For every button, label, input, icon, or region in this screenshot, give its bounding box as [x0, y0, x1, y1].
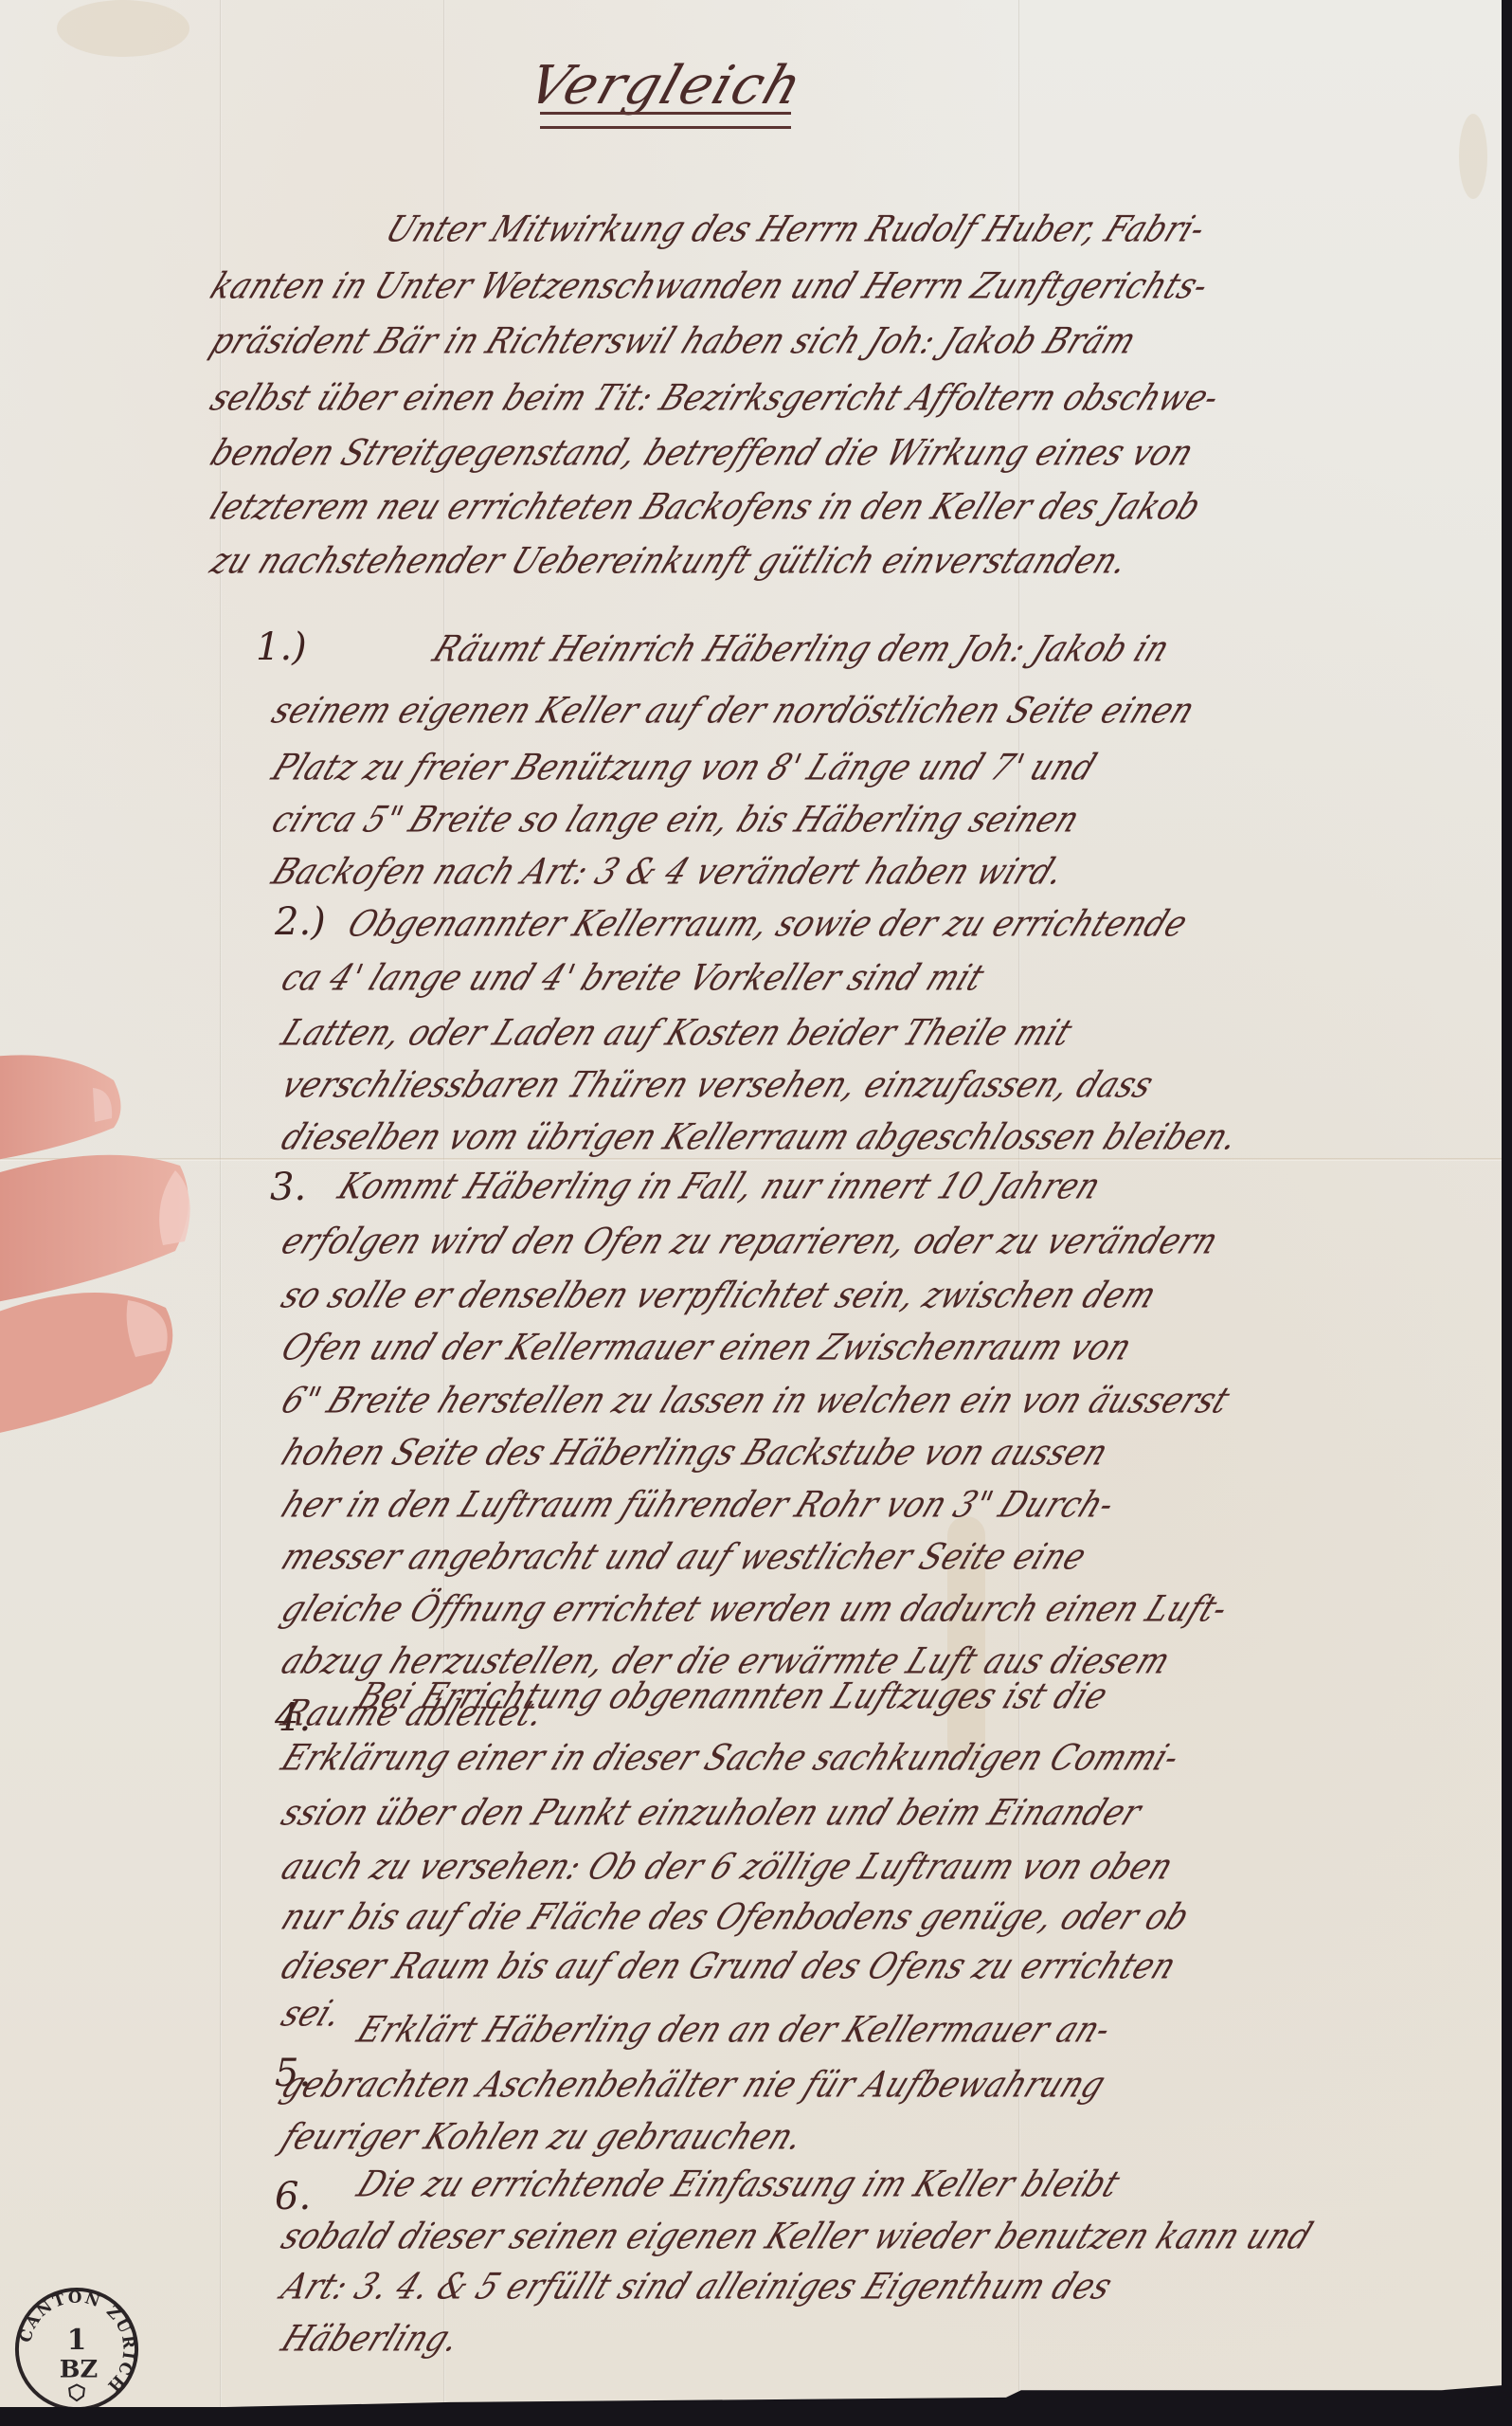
- text-line: circa 5" Breite so lange ein, bis Häberl…: [266, 798, 1087, 841]
- paper-stain: [1459, 114, 1487, 199]
- text-line: 6" Breite herstellen zu lassen in welche…: [276, 1379, 1236, 1421]
- text-line: verschliessbaren Thüren versehen, einzuf…: [276, 1063, 1161, 1106]
- text-line: zu nachstehender Uebereinkunft gütlich e…: [205, 539, 1135, 582]
- text-line: ssion über den Punkt einzuholen und beim…: [276, 1791, 1148, 1834]
- article-number: 6.: [275, 2175, 311, 2218]
- text-line: seinem eigenen Keller auf der nordöstlic…: [266, 689, 1202, 732]
- article-number: 4.: [275, 1696, 311, 1740]
- text-line: präsident Bär in Richterswil haben sich …: [205, 319, 1143, 362]
- title-double-underline: [540, 112, 791, 129]
- text-line: Latten, oder Laden auf Kosten beider The…: [276, 1011, 1079, 1054]
- text-line: letzterem neu errichteten Backofens in d…: [205, 485, 1208, 528]
- text-line: Unter Mitwirkung des Herrn Rudolf Huber,…: [380, 208, 1213, 250]
- text-line: kanten in Unter Wetzenschwanden und Herr…: [205, 264, 1215, 307]
- stamp-number: 1: [67, 2323, 87, 2356]
- text-line: Ofen und der Kellermauer einen Zwischenr…: [276, 1326, 1139, 1368]
- text-line: hohen Seite des Häberlings Backstube von…: [276, 1431, 1115, 1474]
- text-line: Bei Errichtung obgenannten Luftzuges ist…: [351, 1675, 1115, 1717]
- canton-zurich-stamp: CANTON ZÜRICH 1 BZ: [11, 2284, 142, 2415]
- text-line: Obgenannter Kellerraum, sowie der zu err…: [342, 902, 1195, 945]
- article-number: 2.): [275, 900, 326, 944]
- text-line: feuriger Kohlen zu gebrauchen.: [276, 2115, 811, 2158]
- text-line: Die zu errichtende Einfassung im Keller …: [351, 2163, 1126, 2205]
- text-line: Platz zu freier Benützung von 8' Länge u…: [266, 746, 1103, 788]
- text-line: messer angebracht und auf westlicher Sei…: [276, 1535, 1093, 1578]
- text-line: Kommt Häberling in Fall, nur innert 10 J…: [333, 1165, 1107, 1207]
- text-line: nur bis auf die Fläche des Ofenbodens ge…: [276, 1895, 1197, 1938]
- text-line: selbst über einen beim Tit: Bezirksgeric…: [205, 376, 1227, 419]
- document-title: Vergleich: [520, 55, 811, 117]
- text-line: benden Streitgegenstand, betreffend die …: [205, 431, 1200, 474]
- text-line: her in den Luftraum führender Rohr von 3…: [276, 1483, 1122, 1526]
- text-line: gleiche Öffnung errichtet werden um dadu…: [276, 1587, 1234, 1630]
- text-line: sei.: [276, 1992, 350, 2035]
- text-line: so solle er denselben verpflichtet sein,…: [276, 1274, 1163, 1316]
- paper-stain: [57, 0, 189, 57]
- article-number: 3.: [270, 1166, 306, 1209]
- text-line: dieser Raum bis auf den Grund des Ofens …: [276, 1945, 1183, 1987]
- text-line: Backofen nach Art: 3 & 4 verändert haben…: [266, 850, 1071, 893]
- article-number: 1.): [256, 625, 307, 669]
- text-line: sobald dieser seinen eigenen Keller wied…: [276, 2215, 1319, 2257]
- text-line: Räumt Heinrich Häberling dem Joh: Jakob …: [427, 627, 1177, 670]
- text-line: gebrachten Aschenbehälter nie für Aufbew…: [276, 2063, 1112, 2106]
- text-line: Erklärt Häberling den an der Kellermauer…: [351, 2008, 1118, 2051]
- text-line: ca 4' lange und 4' breite Vorkeller sind…: [276, 956, 991, 999]
- text-line: erfolgen wird den Ofen zu reparieren, od…: [276, 1220, 1225, 1262]
- text-line: Art: 3. 4. & 5 erfüllt sind alleiniges E…: [276, 2265, 1119, 2308]
- hand-holding-page: [0, 1023, 227, 1440]
- text-line: Häberling.: [276, 2317, 467, 2360]
- text-line: dieselben vom übrigen Kellerraum abgesch…: [276, 1115, 1246, 1158]
- text-line: Erklärung einer in dieser Sache sachkund…: [276, 1736, 1186, 1779]
- text-line: auch zu versehen: Ob der 6 zöllige Luftr…: [276, 1845, 1180, 1888]
- shield-icon: [69, 2384, 84, 2400]
- stamp-code: BZ: [60, 2356, 98, 2384]
